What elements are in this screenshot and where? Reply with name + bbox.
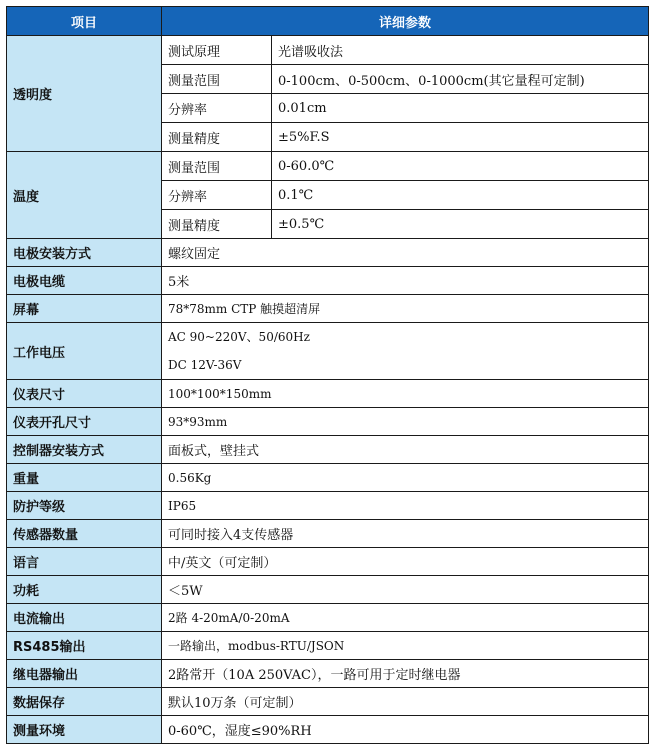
- value-cell: 一路输出，modbus-RTU/JSON: [162, 632, 649, 660]
- value-cell: AC 90~220V、50/60Hz DC 12V-36V: [162, 323, 649, 380]
- table-row: 电流输出 2路 4-20mA/0-20mA: [7, 604, 649, 632]
- item-label: 仪表尺寸: [7, 380, 162, 408]
- value-cell: ±5%F.S: [272, 123, 649, 152]
- sub-label: 测量范围: [162, 65, 272, 94]
- value-cell: 0.1℃: [272, 181, 649, 210]
- value-cell: 可同时接入4支传感器: [162, 520, 649, 548]
- value-cell: 默认10万条（可定制）: [162, 688, 649, 716]
- value-cell: ＜5W: [162, 576, 649, 604]
- value-cell: 100*100*150mm: [162, 380, 649, 408]
- table-row: 控制器安装方式 面板式，壁挂式: [7, 436, 649, 464]
- header-item: 项目: [7, 7, 162, 36]
- item-label: 仪表开孔尺寸: [7, 408, 162, 436]
- item-label: 继电器输出: [7, 660, 162, 688]
- value-cell: 0-60.0℃: [272, 152, 649, 181]
- item-label: 控制器安装方式: [7, 436, 162, 464]
- value-cell: 0-100cm、0-500cm、0-1000cm(其它量程可定制): [272, 65, 649, 94]
- table-row: 仪表尺寸 100*100*150mm: [7, 380, 649, 408]
- voltage-ac-line: AC 90~220V、50/60Hz: [168, 323, 642, 351]
- table-row: 工作电压 AC 90~220V、50/60Hz DC 12V-36V: [7, 323, 649, 380]
- value-cell: 0.01cm: [272, 94, 649, 123]
- value-cell: IP65: [162, 492, 649, 520]
- item-label: RS485输出: [7, 632, 162, 660]
- value-cell: 0-60℃，湿度≤90%RH: [162, 716, 649, 744]
- value-cell: 0.56Kg: [162, 464, 649, 492]
- table-row: 继电器输出 2路常开（10A 250VAC），一路可用于定时继电器: [7, 660, 649, 688]
- value-cell: 螺纹固定: [162, 239, 649, 267]
- table-row: 电极电缆 5米: [7, 267, 649, 295]
- value-cell: 2路 4-20mA/0-20mA: [162, 604, 649, 632]
- item-label: 屏幕: [7, 295, 162, 323]
- table-row: 温度 测量范围 0-60.0℃: [7, 152, 649, 181]
- sub-label: 分辨率: [162, 181, 272, 210]
- value-cell: ±0.5℃: [272, 210, 649, 239]
- sub-label: 测量精度: [162, 123, 272, 152]
- value-cell: 93*93mm: [162, 408, 649, 436]
- item-label: 传感器数量: [7, 520, 162, 548]
- voltage-dc-line: DC 12V-36V: [168, 351, 642, 379]
- table-row: 透明度 测试原理 光谱吸收法: [7, 36, 649, 65]
- value-cell: 2路常开（10A 250VAC），一路可用于定时继电器: [162, 660, 649, 688]
- item-label: 语言: [7, 548, 162, 576]
- item-label: 数据保存: [7, 688, 162, 716]
- item-label: 电极电缆: [7, 267, 162, 295]
- table-row: 重量 0.56Kg: [7, 464, 649, 492]
- value-cell: 面板式，壁挂式: [162, 436, 649, 464]
- item-label: 工作电压: [7, 323, 162, 380]
- table-header-row: 项目 详细参数: [7, 7, 649, 36]
- table-row: 数据保存 默认10万条（可定制）: [7, 688, 649, 716]
- table-row: 仪表开孔尺寸 93*93mm: [7, 408, 649, 436]
- item-label: 重量: [7, 464, 162, 492]
- table-row: 功耗 ＜5W: [7, 576, 649, 604]
- item-label: 功耗: [7, 576, 162, 604]
- item-label: 温度: [7, 152, 162, 239]
- value-cell: 78*78mm CTP 触摸超清屏: [162, 295, 649, 323]
- value-cell: 中/英文（可定制）: [162, 548, 649, 576]
- sub-label: 测量精度: [162, 210, 272, 239]
- table-row: 屏幕 78*78mm CTP 触摸超清屏: [7, 295, 649, 323]
- header-params: 详细参数: [162, 7, 649, 36]
- item-label: 防护等级: [7, 492, 162, 520]
- value-cell: 5米: [162, 267, 649, 295]
- table-row: RS485输出 一路输出，modbus-RTU/JSON: [7, 632, 649, 660]
- table-row: 电极安装方式 螺纹固定: [7, 239, 649, 267]
- value-cell: 光谱吸收法: [272, 36, 649, 65]
- item-label: 电极安装方式: [7, 239, 162, 267]
- spec-table: 项目 详细参数 透明度 测试原理 光谱吸收法 测量范围 0-100cm、0-50…: [6, 6, 649, 744]
- table-row: 传感器数量 可同时接入4支传感器: [7, 520, 649, 548]
- sub-label: 测量范围: [162, 152, 272, 181]
- table-row: 防护等级 IP65: [7, 492, 649, 520]
- item-label: 透明度: [7, 36, 162, 152]
- sub-label: 测试原理: [162, 36, 272, 65]
- item-label: 电流输出: [7, 604, 162, 632]
- table-row: 语言 中/英文（可定制）: [7, 548, 649, 576]
- table-row: 测量环境 0-60℃，湿度≤90%RH: [7, 716, 649, 744]
- item-label: 测量环境: [7, 716, 162, 744]
- sub-label: 分辨率: [162, 94, 272, 123]
